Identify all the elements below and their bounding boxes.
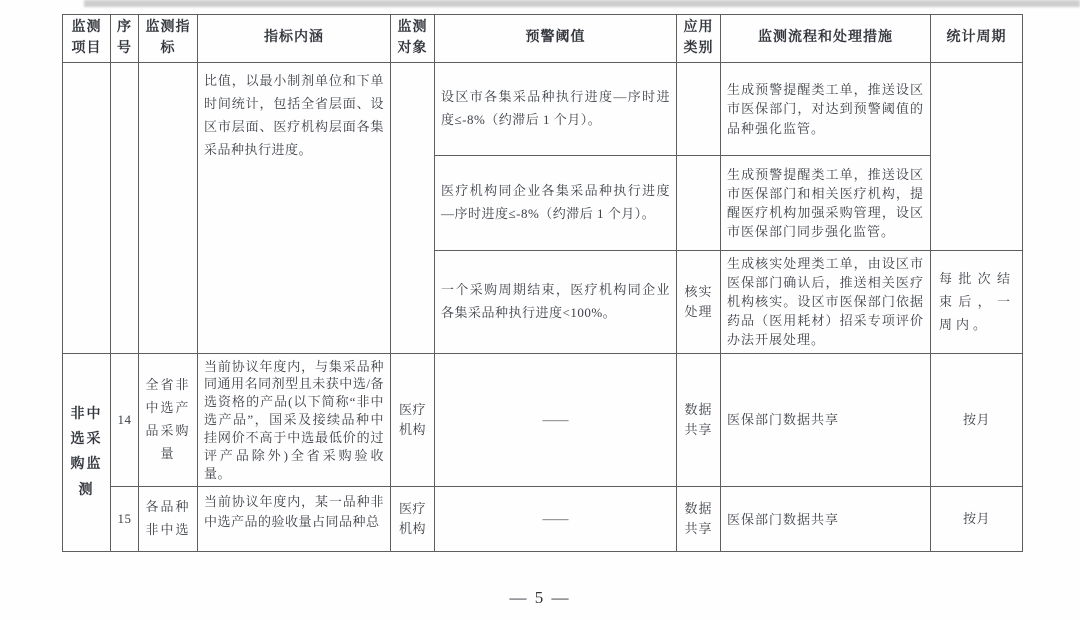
cell-indicator-continued [139, 63, 198, 354]
row-14: 非中选采购监测 14 全省非中选产品采购量 当前协议年度内，与集采品种同通用名同… [63, 353, 1023, 487]
cell-connotation-14: 当前协议年度内，与集采品种同通用名同剂型且未获中选/备选资格的产品(以下简称“非… [198, 353, 391, 487]
cell-category-15: 数据共享 [677, 487, 721, 552]
continued-subrow-1: 比值，以最小制剂单位和下单时间统计，包括全省层面、设区市层面、医疗机构层面各集采… [63, 63, 1023, 156]
cell-connotation-continued: 比值，以最小制剂单位和下单时间统计，包括全省层面、设区市层面、医疗机构层面各集采… [198, 63, 391, 354]
cell-connotation-15: 当前协议年度内，某一品种非中选产品的验收量占同品种总 [198, 487, 391, 552]
cell-project-continued [63, 63, 111, 354]
row-15: 15 各品种非中选 当前协议年度内，某一品种非中选产品的验收量占同品种总 医疗机… [63, 487, 1023, 552]
cell-target-14: 医疗机构 [391, 353, 435, 487]
cell-measures-2: 生成预警提醒类工单，推送设区市医保部门和相关医疗机构，提醒医疗机构加强采购管理，… [721, 156, 931, 251]
header-indicator: 监测指标 [139, 15, 198, 63]
cell-measures-3: 生成核实处理类工单，由设区市医保部门确认后，推送相关医疗机构核实。设区市医保部门… [721, 251, 931, 354]
cell-cycle-1 [931, 63, 1023, 251]
header-connotation: 指标内涵 [198, 15, 391, 63]
cell-threshold-14: —— [435, 353, 677, 487]
cell-measures-1: 生成预警提醒类工单，推送设区市医保部门，对达到预警阈值的品种强化监管。 [721, 63, 931, 156]
header-threshold: 预警阈值 [435, 15, 677, 63]
cell-measures-14: 医保部门数据共享 [721, 353, 931, 487]
cell-threshold-3: 一个采购周期结束，医疗机构同企业各集采品种执行进度<100%。 [435, 251, 677, 354]
header-project: 监测项目 [63, 15, 111, 63]
cell-indicator-15: 各品种非中选 [139, 487, 198, 552]
cell-cycle-14: 按月 [931, 353, 1023, 487]
cell-threshold-1: 设区市各集采品种执行进度—序时进度≤-8%（约滞后 1 个月）。 [435, 63, 677, 156]
cell-no-continued [111, 63, 139, 354]
header-cycle: 统计周期 [931, 15, 1023, 63]
header-row: 监测项目 序号 监测指标 指标内涵 监测对象 预警阈值 应用类别 监测流程和处理… [63, 15, 1023, 63]
cell-project-group: 非中选采购监测 [63, 353, 111, 552]
monitoring-indicator-table: 监测项目 序号 监测指标 指标内涵 监测对象 预警阈值 应用类别 监测流程和处理… [62, 14, 1023, 552]
cell-category-14: 数据共享 [677, 353, 721, 487]
cell-cycle-3: 每批次结束后，一周内。 [931, 251, 1023, 354]
scan-artifact-bar [84, 0, 1080, 7]
page-number: — 5 — [0, 588, 1080, 608]
cell-target-15: 医疗机构 [391, 487, 435, 552]
cell-no-15: 15 [111, 487, 139, 552]
cell-no-14: 14 [111, 353, 139, 487]
cell-target-continued [391, 63, 435, 354]
document-page: 监测项目 序号 监测指标 指标内涵 监测对象 预警阈值 应用类别 监测流程和处理… [0, 0, 1080, 620]
cell-category-1 [677, 63, 721, 156]
cell-category-2 [677, 156, 721, 251]
header-no: 序号 [111, 15, 139, 63]
cell-category-3: 核实处理 [677, 251, 721, 354]
cell-threshold-2: 医疗机构同企业各集采品种执行进度—序时进度≤-8%（约滞后 1 个月）。 [435, 156, 677, 251]
header-measures: 监测流程和处理措施 [721, 15, 931, 63]
cell-cycle-15: 按月 [931, 487, 1023, 552]
cell-indicator-14: 全省非中选产品采购量 [139, 353, 198, 487]
cell-measures-15: 医保部门数据共享 [721, 487, 931, 552]
header-category: 应用类别 [677, 15, 721, 63]
header-target: 监测对象 [391, 15, 435, 63]
cell-threshold-15: —— [435, 487, 677, 552]
